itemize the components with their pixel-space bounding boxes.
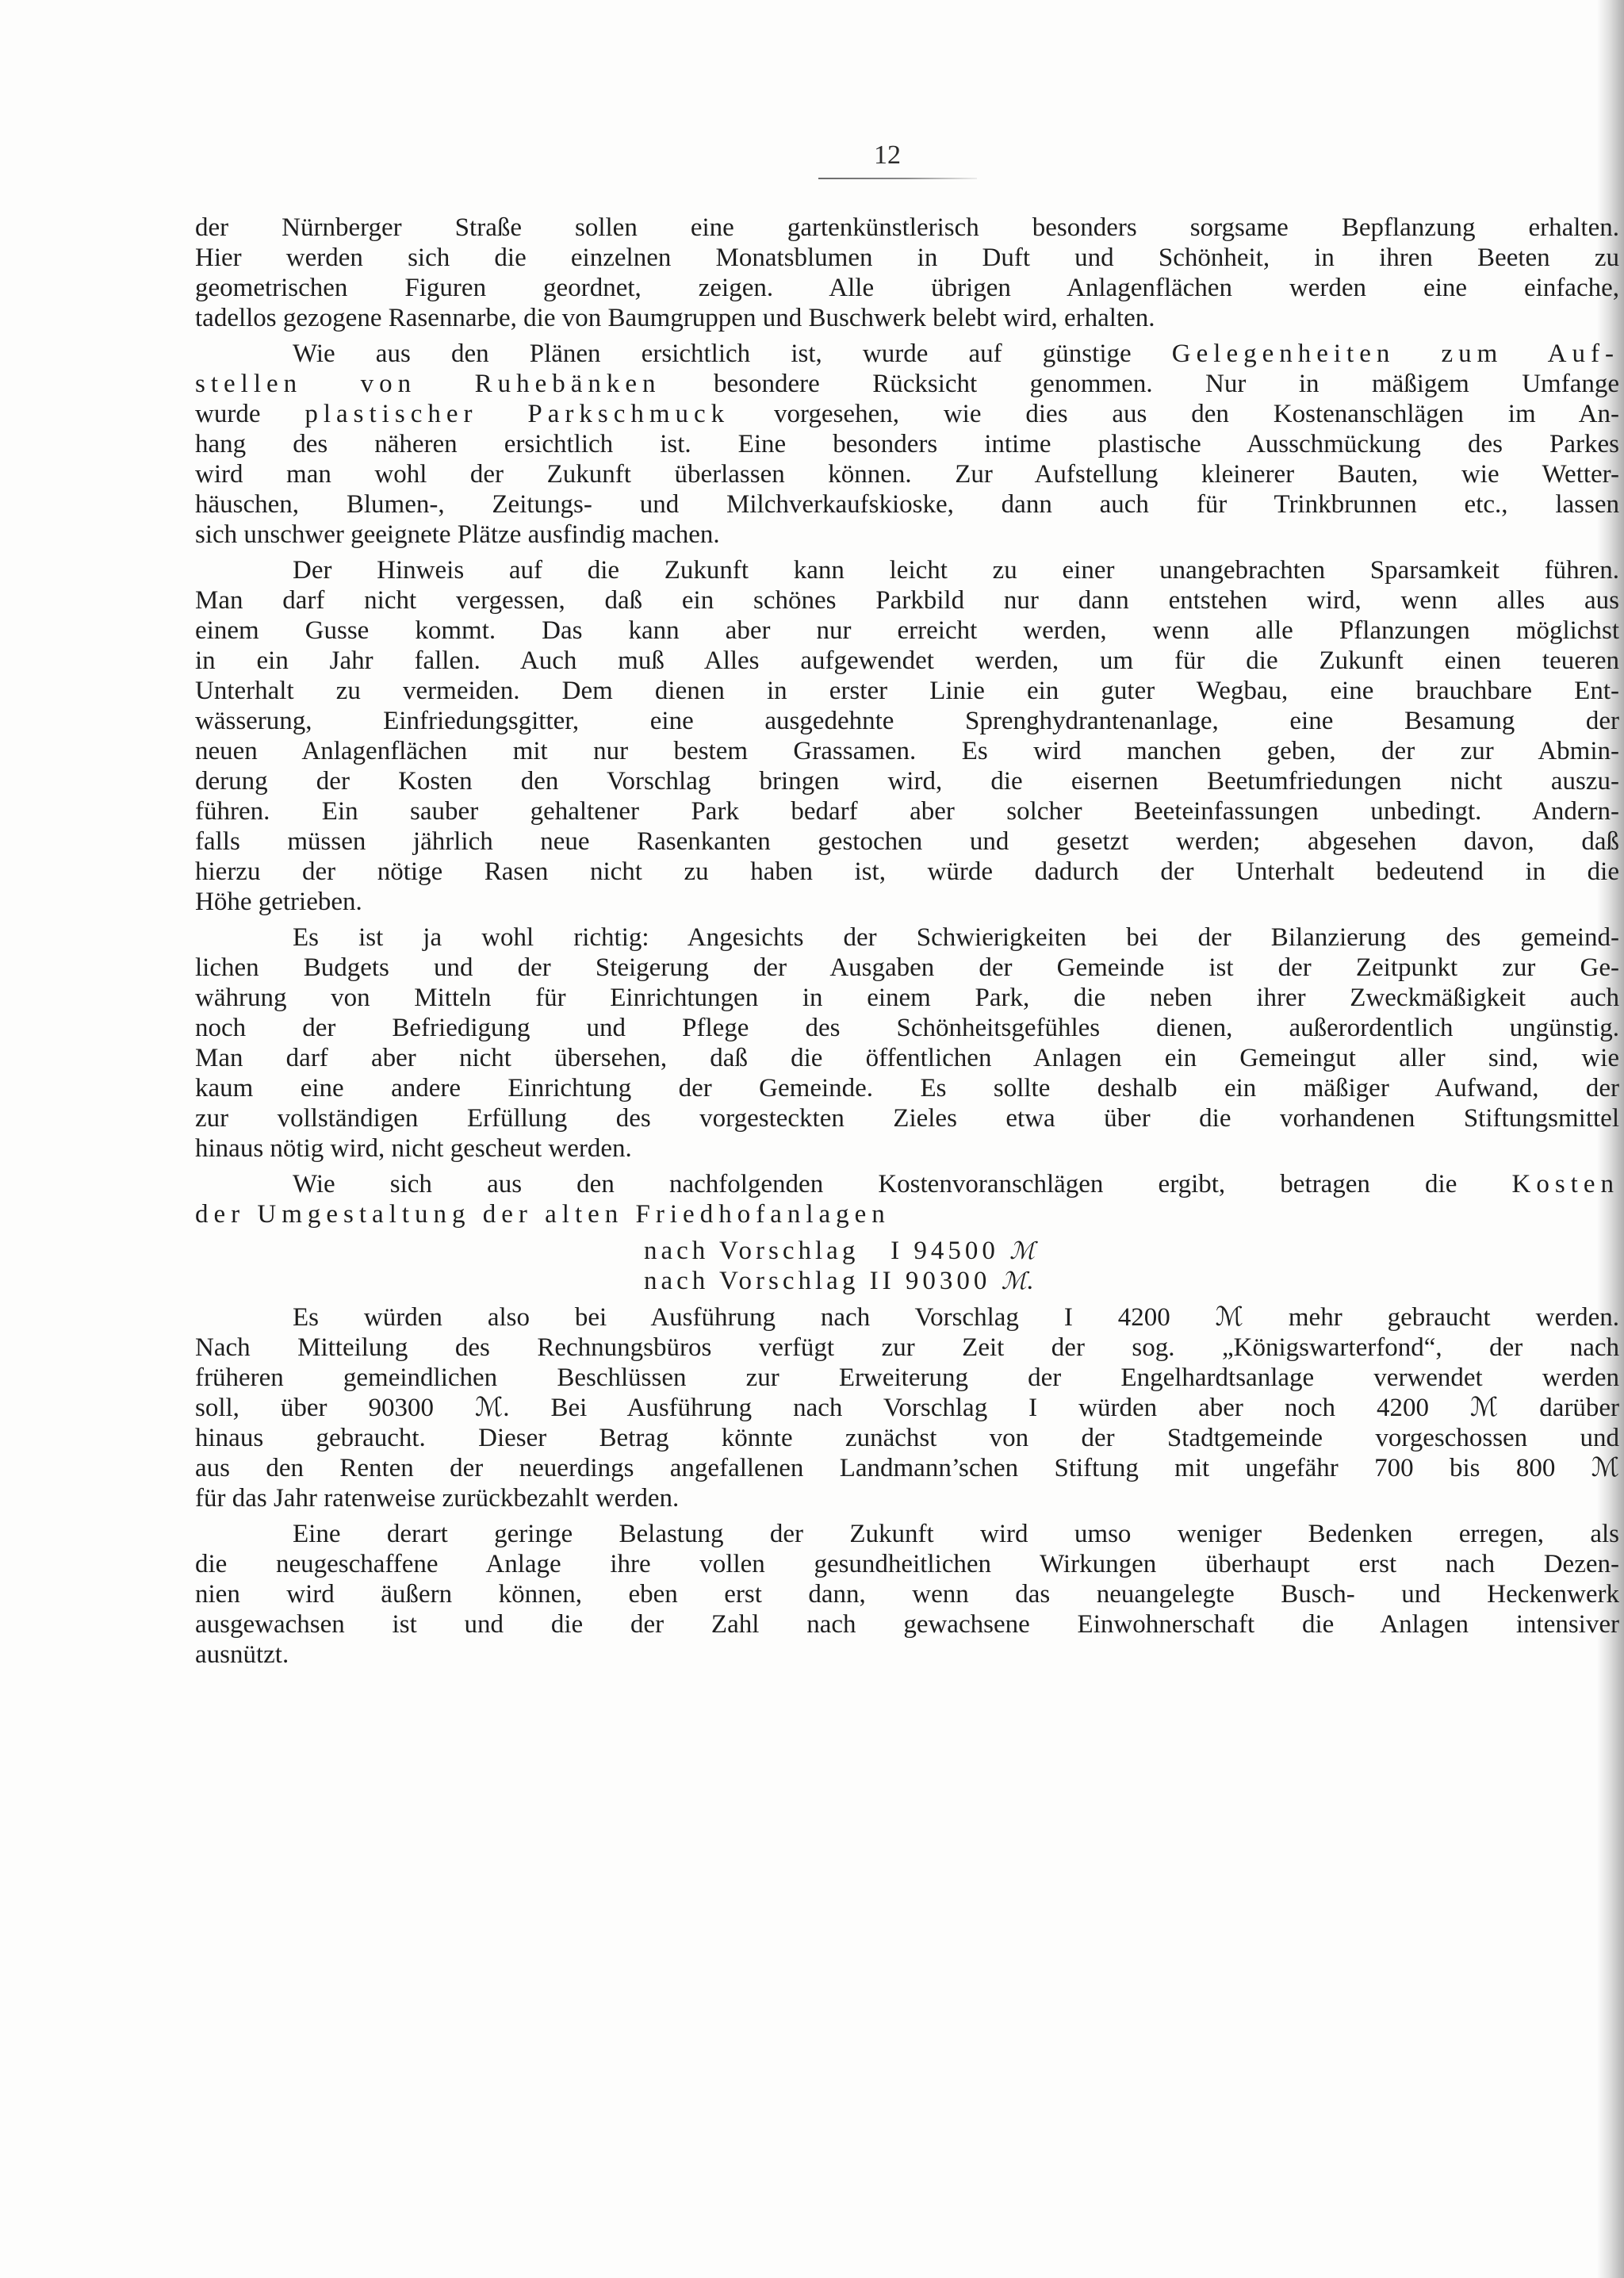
text-line: sich unschwer geeignete Plätze ausfindig… <box>195 520 1619 550</box>
paragraph: Der Hinweis auf die Zukunft kann leicht … <box>195 555 1619 917</box>
paragraph: Es ist ja wohl richtig: Angesichts der S… <box>195 922 1619 1164</box>
text-line: stellen von Ruhebänken besondere Rücksic… <box>195 369 1619 399</box>
text-line: für das Jahr ratenweise zurückbezahlt we… <box>195 1483 1619 1513</box>
text-line: in ein Jahr fallen. Auch muß Alles aufge… <box>195 646 1619 676</box>
text-line: Man darf aber nicht übersehen, daß die ö… <box>195 1043 1619 1073</box>
emphasized-spaced-text: Kosten <box>1512 1170 1620 1198</box>
text-line: Nach Mitteilung des Rechnungsbüros verfü… <box>195 1333 1619 1363</box>
text-line: zur vollständigen Erfüllung des vorgeste… <box>195 1103 1619 1133</box>
text-line: neuen Anlagenflächen mit nur bestem Gras… <box>195 736 1619 766</box>
emphasized-spaced-text: Gelegenheiten zum Auf- <box>1172 339 1619 368</box>
body-text: der Nürnberger Straße sollen eine garten… <box>195 213 1619 1675</box>
cost-line-proposal-2: nach Vorschlag II 90300 ℳ. <box>195 1266 1619 1296</box>
cost-label: nach Vorschlag <box>644 1237 859 1265</box>
text-line: hinaus nötig wird, nicht gescheut werden… <box>195 1133 1619 1164</box>
document-page: 12 der Nürnberger Straße sollen eine gar… <box>0 0 1624 2278</box>
mark-currency-symbol: ℳ <box>1009 1237 1035 1265</box>
cost-line-proposal-1: nach Vorschlag I 94500 ℳ <box>195 1236 1619 1266</box>
text-line: ausgewachsen ist und die der Zahl nach g… <box>195 1609 1619 1639</box>
text-line: hinaus gebraucht. Dieser Betrag könnte z… <box>195 1423 1619 1453</box>
text-line: Wie aus den Plänen ersichtlich ist, wurd… <box>195 339 1619 369</box>
text-line: Es würden also bei Ausführung nach Vorsc… <box>195 1302 1619 1333</box>
cost-summary: nach Vorschlag I 94500 ℳ nach Vorschlag … <box>195 1236 1619 1296</box>
text-line: derung der Kosten den Vorschlag bringen … <box>195 766 1619 796</box>
text-line: währung von Mitteln für Einrichtungen in… <box>195 983 1619 1013</box>
text-line: wird man wohl der Zukunft überlassen kön… <box>195 459 1619 489</box>
text-line: noch der Befriedigung und Pflege des Sch… <box>195 1013 1619 1043</box>
text-line: Eine derart geringe Belastung der Zukunf… <box>195 1519 1619 1549</box>
paragraph: Eine derart geringe Belastung der Zukunf… <box>195 1519 1619 1670</box>
text-line: ausnützt. <box>195 1639 1619 1670</box>
text-line: führen. Ein sauber gehaltener Park bedar… <box>195 796 1619 826</box>
text-line: früheren gemeindlichen Beschlüssen zur E… <box>195 1363 1619 1393</box>
text-line: kaum eine andere Einrichtung der Gemeind… <box>195 1073 1619 1103</box>
paragraph: der Nürnberger Straße sollen eine garten… <box>195 213 1619 333</box>
paragraph: Wie sich aus den nachfolgenden Kostenvor… <box>195 1169 1619 1229</box>
text-line: Man darf nicht vergessen, daß ein schöne… <box>195 585 1619 616</box>
cost-amount: 94500 <box>913 1237 999 1265</box>
proposal-number: II <box>870 1267 895 1295</box>
text-line: Höhe getrieben. <box>195 887 1619 917</box>
page-number: 12 <box>874 140 901 171</box>
text-line: wurde plastischer Parkschmuck vorgesehen… <box>195 399 1619 429</box>
text-line: der Nürnberger Straße sollen eine garten… <box>195 213 1619 243</box>
paragraph: Es würden also bei Ausführung nach Vorsc… <box>195 1302 1619 1513</box>
text-line: der Umgestaltung der alten Friedhofanlag… <box>195 1199 1619 1229</box>
cost-label: nach Vorschlag <box>644 1267 859 1295</box>
text-line: Es ist ja wohl richtig: Angesichts der S… <box>195 922 1619 953</box>
text-line: nien wird äußern können, eben erst dann,… <box>195 1579 1619 1609</box>
text-line: die neugeschaffene Anlage ihre vollen ge… <box>195 1549 1619 1579</box>
emphasized-spaced-text: plastischer Parkschmuck <box>304 400 730 428</box>
emphasized-spaced-text: stellen von Ruhebänken <box>195 370 661 398</box>
text-line: wässerung, Einfriedungsgitter, eine ausg… <box>195 706 1619 736</box>
text-line: lichen Budgets und der Steigerung der Au… <box>195 953 1619 983</box>
text-line: soll, über 90300 ℳ. Bei Ausführung nach … <box>195 1393 1619 1423</box>
mark-currency-symbol: ℳ <box>1002 1267 1027 1295</box>
text-line: falls müssen jährlich neue Rasenkanten g… <box>195 826 1619 857</box>
text-line: aus den Renten der neuerdings angefallen… <box>195 1453 1619 1483</box>
text-line: Der Hinweis auf die Zukunft kann leicht … <box>195 555 1619 585</box>
text-line: hang des näheren ersichtlich ist. Eine b… <box>195 429 1619 459</box>
text-line: Wie sich aus den nachfolgenden Kostenvor… <box>195 1169 1619 1199</box>
text-line: einem Gusse kommt. Das kann aber nur err… <box>195 616 1619 646</box>
proposal-number: I <box>891 1237 903 1265</box>
text-line: häuschen, Blumen-, Zeitungs- und Milchve… <box>195 489 1619 520</box>
text-line: geometrischen Figuren geordnet, zeigen. … <box>195 273 1619 303</box>
text-line: Hier werden sich die einzelnen Monatsblu… <box>195 243 1619 273</box>
paragraph: Wie aus den Plänen ersichtlich ist, wurd… <box>195 339 1619 550</box>
emphasized-spaced-text: der Umgestaltung der alten Friedhofanlag… <box>195 1200 891 1229</box>
text-line: Unterhalt zu vermeiden. Dem dienen in er… <box>195 676 1619 706</box>
page-number-rule <box>818 178 977 179</box>
text-line: tadellos gezogene Rasennarbe, die von Ba… <box>195 303 1619 333</box>
text-line: hierzu der nötige Rasen nicht zu haben i… <box>195 857 1619 887</box>
cost-amount: 90300 <box>906 1267 991 1295</box>
